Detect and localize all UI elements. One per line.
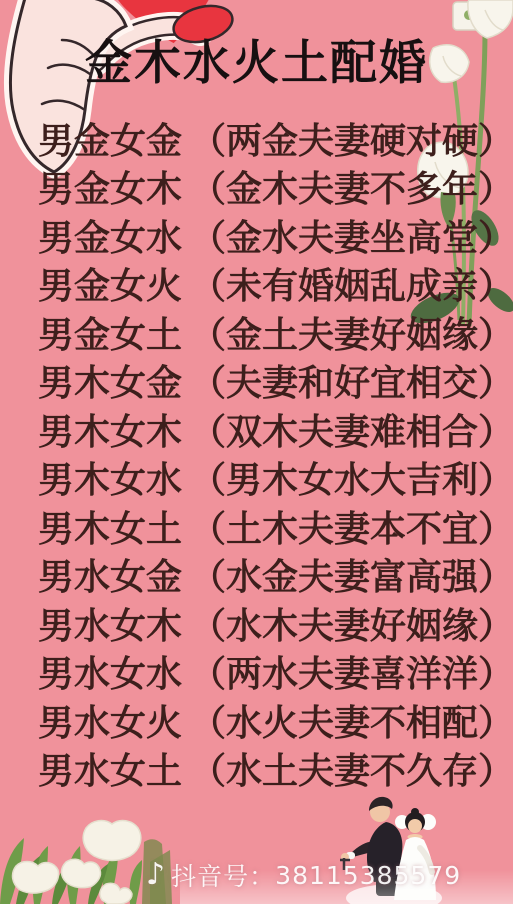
tiktok-note-icon: ♪: [146, 860, 165, 890]
pair-label: 男水女木: [38, 598, 182, 649]
douyin-watermark: ♪ 抖音号： 38115385579: [146, 858, 461, 892]
match-row: 男金女木（金木夫妻不多年）: [38, 163, 498, 212]
match-note: （水木夫妻好姻缘）: [190, 598, 513, 649]
pair-label: 男金女金: [38, 113, 182, 164]
match-row: 男木女金（夫妻和好宜相交）: [38, 357, 498, 406]
match-list: 男金女金（两金夫妻硬对硬） 男金女木（金木夫妻不多年） 男金女水（金水夫妻坐高堂…: [38, 114, 498, 793]
douyin-account: 38115385579: [275, 861, 461, 890]
match-row: 男木女木（双木夫妻难相合）: [38, 405, 498, 454]
match-note: （金土夫妻好姻缘）: [190, 307, 513, 358]
pair-label: 男金女木: [38, 161, 182, 212]
match-note: （金木夫妻不多年）: [190, 161, 513, 212]
douyin-label: 抖音号：: [171, 857, 275, 893]
match-note: （男木女水大吉利）: [190, 452, 513, 503]
pair-label: 男水女火: [38, 695, 182, 746]
pair-label: 男木女木: [38, 404, 182, 455]
pair-label: 男金女水: [38, 210, 182, 261]
match-note: （未有婚姻乱成亲）: [190, 258, 513, 309]
match-row: 男木女水（男木女水大吉利）: [38, 454, 498, 503]
poster-title: 金木水火土配婚: [0, 36, 513, 92]
match-row: 男水女土（水土夫妻不久存）: [38, 745, 498, 794]
marriage-match-poster: 金木水火土配婚 男金女金（两金夫妻硬对硬） 男金女木（金木夫妻不多年） 男金女水…: [0, 0, 513, 904]
match-row: 男金女水（金水夫妻坐高堂）: [38, 211, 498, 260]
match-row: 男金女火（未有婚姻乱成亲）: [38, 260, 498, 309]
match-note: （土木夫妻本不宜）: [190, 501, 513, 552]
match-note: （双木夫妻难相合）: [190, 404, 513, 455]
match-note: （金水夫妻坐高堂）: [190, 210, 513, 261]
match-note: （两金夫妻硬对硬）: [190, 113, 513, 164]
match-row: 男金女土（金土夫妻好姻缘）: [38, 308, 498, 357]
pair-label: 男水女金: [38, 549, 182, 600]
match-row: 男木女土（土木夫妻本不宜）: [38, 502, 498, 551]
match-row: 男水女金（水金夫妻富高强）: [38, 551, 498, 600]
match-note: （水土夫妻不久存）: [190, 743, 513, 794]
match-row: 男水女火（水火夫妻不相配）: [38, 696, 498, 745]
match-note: （两水夫妻喜洋洋）: [190, 646, 513, 697]
pair-label: 男木女金: [38, 355, 182, 406]
match-row: 男水女木（水木夫妻好姻缘）: [38, 599, 498, 648]
match-note: （夫妻和好宜相交）: [190, 355, 513, 406]
pair-label: 男水女水: [38, 646, 182, 697]
match-note: （水金夫妻富高强）: [190, 549, 513, 600]
pair-label: 男金女火: [38, 258, 182, 309]
match-row: 男水女水（两水夫妻喜洋洋）: [38, 648, 498, 697]
pair-label: 男木女水: [38, 452, 182, 503]
match-note: （水火夫妻不相配）: [190, 695, 513, 746]
match-row: 男金女金（两金夫妻硬对硬）: [38, 114, 498, 163]
pair-label: 男金女土: [38, 307, 182, 358]
pair-label: 男水女土: [38, 743, 182, 794]
pair-label: 男木女土: [38, 501, 182, 552]
